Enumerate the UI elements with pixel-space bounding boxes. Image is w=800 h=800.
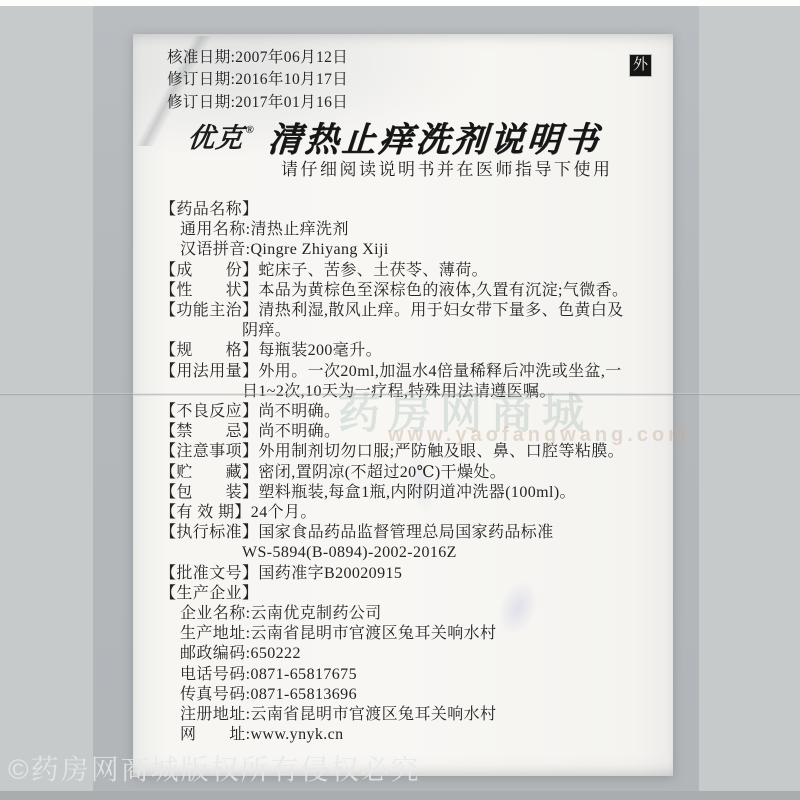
field-pinyin: 汉语拼音:Qingre Zhiyang Xiji [160, 240, 666, 260]
leaflet-body: 【药品名称】 通用名称:清热止痒洗剂 汉语拼音:Qingre Zhiyang X… [160, 200, 666, 745]
field-registered-address: 注册地址:云南省昆明市官渡区兔耳关响水村 [160, 705, 666, 725]
field-specification: 【规 格】每瓶装200毫升。 [160, 341, 666, 361]
field-postal-code: 邮政编码:650222 [160, 644, 666, 664]
field-website: 网 址:www.ynyk.cn [160, 725, 666, 745]
field-shelf-life: 【有 效 期】24个月。 [160, 503, 666, 523]
field-description: 【性 状】本品为黄棕色至深棕色的液体,久置有沉淀;气微香。 [160, 281, 666, 301]
scanned-leaflet-page: 核准日期:2007年06月12日 修订日期:2016年10月17日 修订日期:2… [0, 0, 800, 800]
field-packaging: 【包 装】塑料瓶装,每盒1瓶,内附阴道冲洗器(100ml)。 [160, 483, 666, 503]
field-approval-number: 【批准文号】国药准字B20020915 [160, 564, 666, 584]
field-storage: 【贮 藏】密闭,置阴凉(不超过20℃)干燥处。 [160, 463, 666, 483]
field-drug-name-label: 【药品名称】 [160, 200, 666, 220]
field-phone-number: 电话号码:0871-65817675 [160, 665, 666, 685]
field-manufacturer-label: 【生产企业】 [160, 584, 666, 604]
field-dosage: 【用法用量】外用。一次20ml,加温水4倍量稀释后冲洗或坐盆,一 [160, 362, 666, 382]
revision-date-line-2: 修订日期:2017年01月16日 [167, 92, 348, 114]
approval-dates-block: 核准日期:2007年06月12日 修订日期:2016年10月17日 修订日期:2… [167, 47, 348, 114]
revision-date-line-1: 修订日期:2016年10月17日 [167, 69, 348, 91]
field-production-address: 生产地址:云南省昆明市官渡区兔耳关响水村 [160, 624, 666, 644]
field-fax-number: 传真号码:0871-65813696 [160, 685, 666, 705]
field-company-name: 企业名称:云南优克制药公司 [160, 604, 666, 624]
field-executive-standard: 【执行标准】国家食品药品监督管理总局国家药品标准 [160, 523, 666, 543]
field-indications-continued: 阴痒。 [160, 321, 666, 341]
field-ingredients: 【成 份】蛇床子、苦参、土茯苓、薄荷。 [160, 261, 666, 281]
usage-advisory-text: 请仔细阅读说明书并在医师指导下使用 [281, 155, 613, 180]
brand-logo: 优克® [186, 116, 254, 155]
registered-trademark-mark: ® [245, 124, 254, 136]
field-executive-standard-continued: WS-5894(B-0894)-2002-2016Z [160, 543, 666, 563]
field-generic-name: 通用名称:清热止痒洗剂 [160, 220, 666, 240]
external-use-badge: 外 [630, 55, 651, 76]
field-indications: 【功能主治】清热利湿,散风止痒。用于妇女带下量多、色黄白及 [160, 301, 666, 321]
watermark-site-url: www.yaofangwang.com [388, 424, 690, 447]
scan-edge-bottom [0, 791, 800, 800]
brand-name: 优克 [186, 123, 245, 153]
document-title: 清热止痒洗剂说明书 [266, 112, 629, 161]
watermark-copyright: ©药房网商城版权所有侵权必究 [8, 748, 421, 788]
approval-date-line: 核准日期:2007年06月12日 [167, 47, 348, 69]
